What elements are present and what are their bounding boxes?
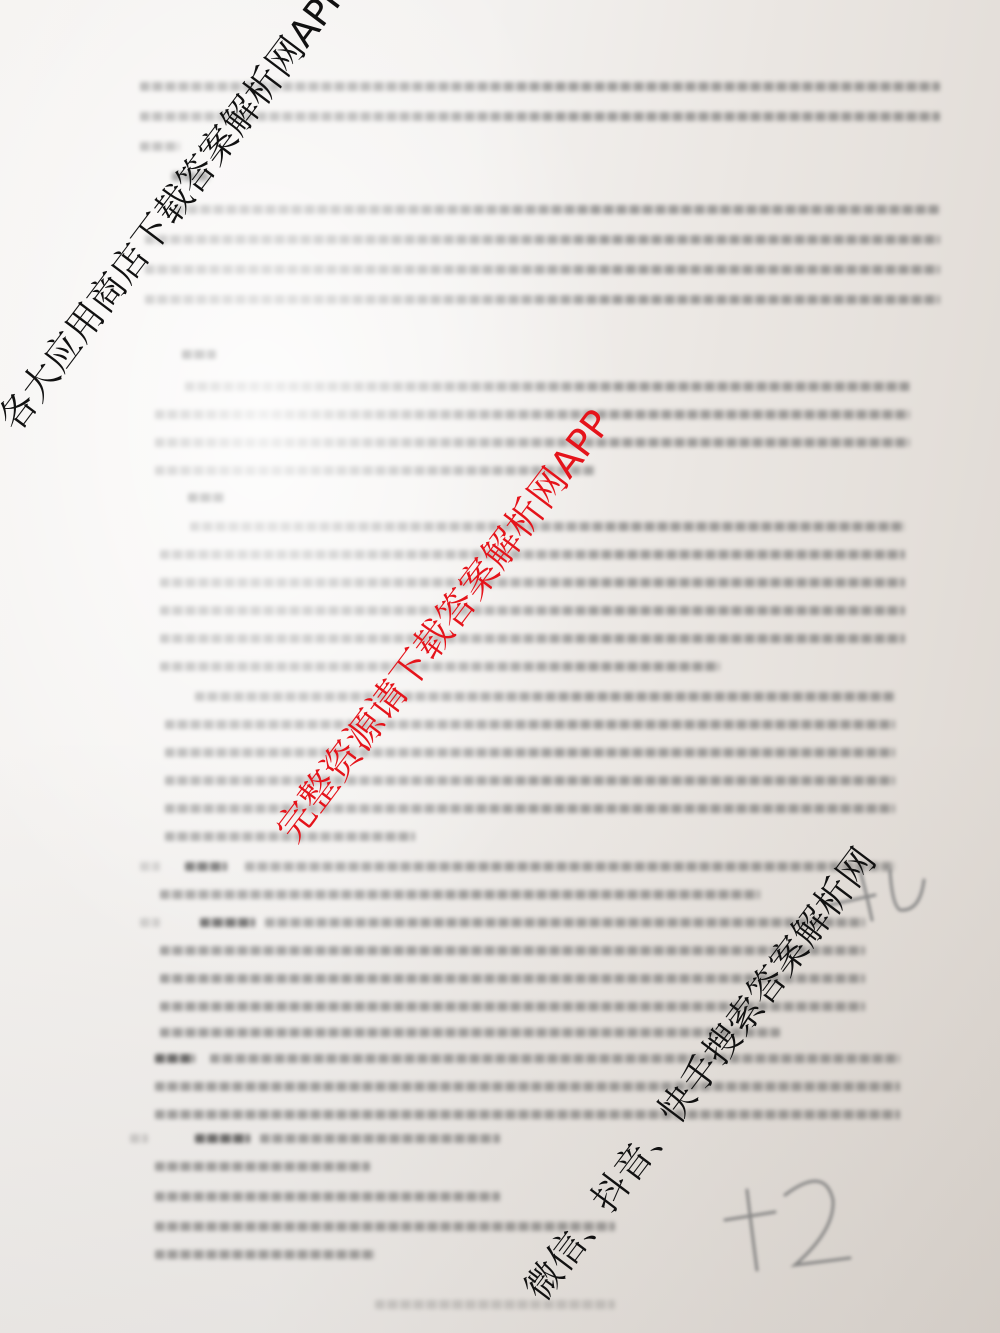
- text-line: [195, 692, 895, 701]
- text-line: [145, 235, 940, 244]
- text-line: [165, 720, 895, 729]
- text-line: [155, 1162, 370, 1171]
- text-line: [155, 1250, 375, 1259]
- text-line: [160, 1028, 780, 1037]
- text-line: [155, 1192, 500, 1201]
- question-number: [130, 1134, 148, 1143]
- text-line: [175, 205, 940, 214]
- section-heading: [188, 493, 224, 502]
- text-line: [155, 410, 910, 419]
- section-heading: [155, 1054, 195, 1063]
- question-number: [140, 918, 160, 927]
- text-line: [160, 634, 905, 643]
- question-heading: [195, 1134, 250, 1143]
- question-number: [140, 862, 160, 871]
- text-line: [265, 918, 865, 927]
- text-line: [145, 265, 940, 274]
- text-line: [145, 295, 940, 304]
- text-line: [140, 142, 180, 151]
- text-line: [165, 748, 895, 757]
- text-line: [155, 1082, 900, 1091]
- text-line: [210, 1054, 900, 1063]
- text-line: [245, 862, 895, 871]
- text-line: [155, 438, 910, 447]
- question-heading: [185, 862, 227, 871]
- question-heading: [200, 918, 255, 927]
- section-heading: [182, 350, 216, 359]
- text-line: [185, 382, 910, 391]
- text-line: [160, 946, 865, 955]
- text-line: [155, 466, 595, 475]
- text-line: [165, 776, 895, 785]
- text-line: [160, 550, 905, 559]
- text-line: [160, 890, 760, 899]
- text-line: [155, 1110, 900, 1119]
- text-line: [160, 578, 905, 587]
- text-line: [155, 1222, 615, 1231]
- text-line: [260, 1134, 500, 1143]
- text-line: [160, 606, 905, 615]
- handwritten-mark-lower: [715, 1160, 865, 1290]
- page-footer: [375, 1300, 615, 1309]
